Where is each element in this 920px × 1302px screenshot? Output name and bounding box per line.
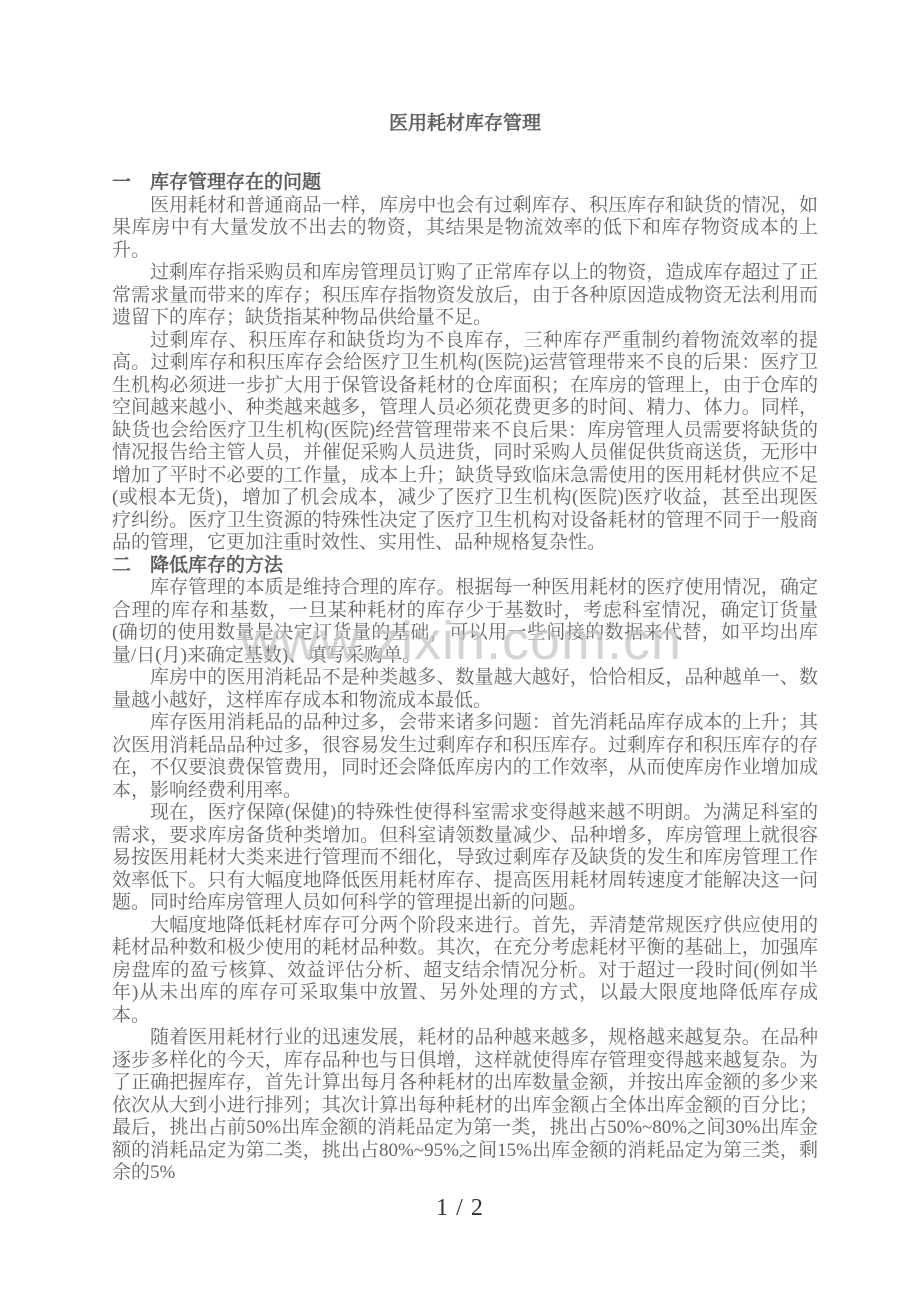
- paragraph: 大幅度地降低耗材库存可分两个阶段来进行。首先，弄清楚常规医疗供应使用的耗材品种数…: [112, 915, 818, 1028]
- paragraph: 医用耗材和普通商品一样，库房中也会有过剩库存、积压库存和缺货的情况，如果库房中有…: [112, 195, 818, 263]
- page-number: 1 / 2: [0, 1195, 920, 1221]
- document-body: 医用耗材库存管理 一 库存管理存在的问题 医用耗材和普通商品一样，库房中也会有过…: [112, 0, 818, 1185]
- document-page: 医用耗材库存管理 一 库存管理存在的问题 医用耗材和普通商品一样，库房中也会有过…: [0, 0, 920, 1302]
- paragraph: 库存管理的本质是维持合理的库存。根据每一种医用耗材的医疗使用情况，确定合理的库存…: [112, 577, 818, 667]
- paragraph: 库房中的医用消耗品不是种类越多、数量越大越好，恰恰相反，品种越单一、数量越小越好…: [112, 667, 818, 712]
- paragraph: 过剩库存、积压库存和缺货均为不良库存，三种库存严重制约着物流效率的提高。过剩库存…: [112, 330, 818, 555]
- paragraph: 库存医用消耗品的品种过多，会带来诸多问题：首先消耗品库存成本的上升；其次医用消耗…: [112, 712, 818, 802]
- paragraph: 随着医用耗材行业的迅速发展，耗材的品种越来越多，规格越来越复杂。在品种逐步多样化…: [112, 1027, 818, 1185]
- paragraph: 过剩库存指采购员和库房管理员订购了正常库存以上的物资，造成库存超过了正常需求量而…: [112, 262, 818, 330]
- section-heading-1: 一 库存管理存在的问题: [112, 172, 818, 195]
- paragraph: 现在，医疗保障(保健)的特殊性使得科室需求变得越来越不明朗。为满足科室的需求，要…: [112, 802, 818, 915]
- page-title: 医用耗材库存管理: [112, 112, 818, 135]
- section-heading-2: 二 降低库存的方法: [112, 555, 818, 578]
